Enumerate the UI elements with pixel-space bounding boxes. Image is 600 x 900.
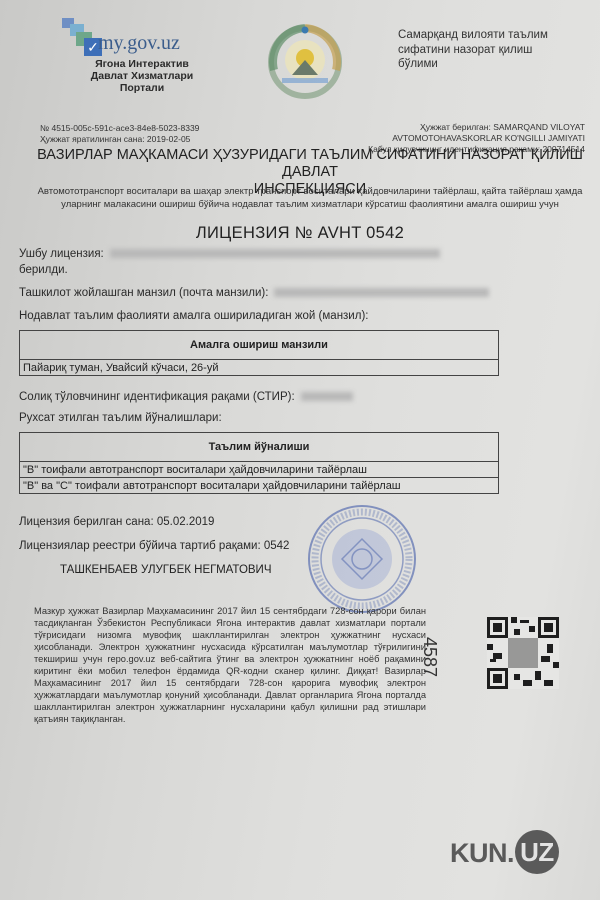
license-purpose: Автомототранспорт воситалари ва шаҳар эл… [28, 186, 592, 211]
legal-notice: Мазкур ҳужжат Вазирлар Маҳкамасининг 201… [34, 605, 426, 725]
address-table: Амалга ошириш манзили Пайариқ туман, Ува… [19, 330, 499, 376]
ministry-title-line: ВАЗИРЛАР МАҲКАМАСИ ҲУЗУРИДАГИ ТАЪЛИМ СИФ… [30, 147, 590, 181]
directions-table-row: "B" тоифали автотранспорт воситалари ҳай… [20, 462, 499, 478]
serial-number: 4587 [419, 637, 440, 677]
license-holder-field: Ушбу лицензия: [19, 248, 440, 260]
official-stamp-icon [306, 503, 418, 615]
tin-label: Солиқ тўловчининг идентификация рақами (… [19, 391, 295, 403]
portal-subtitle-line: Ягона Интерактив [82, 58, 202, 70]
document-id-block: № 4515-005c-591c-ace3-84e8-5023-8339 Ҳуж… [40, 123, 199, 145]
department-name: Самарқанд вилояти таълим сифатини назора… [398, 28, 598, 72]
directions-table-header: Таълим йўналиши [20, 433, 499, 462]
department-line: Самарқанд вилояти таълим [398, 28, 598, 43]
redacted-value [110, 249, 440, 258]
purpose-line: Автомототранспорт воситалари ва шаҳар эл… [28, 186, 592, 199]
watermark-suffix: UZ [515, 830, 559, 874]
document-number: № 4515-005c-591c-ace3-84e8-5023-8339 [40, 123, 199, 134]
department-line: сифатини назорат қилиш [398, 43, 598, 58]
address-label: Ташкилот жойлашган манзил (почта манзили… [19, 287, 268, 299]
address-field: Ташкилот жойлашган манзил (почта манзили… [19, 287, 489, 299]
portal-subtitle-line: Портали [82, 82, 202, 94]
directions-label: Рухсат этилган таълим йўналишлари: [19, 412, 222, 424]
redacted-value [301, 392, 353, 401]
issue-date: Лицензия берилган сана: 05.02.2019 [19, 516, 214, 528]
tin-field: Солиқ тўловчининг идентификация рақами (… [19, 391, 353, 403]
kun-uz-watermark: KUN.UZ [450, 833, 559, 877]
issued-to-line: AVTOMOTOHAVASKORLAR KO'NGILLI JAMIYATI [368, 133, 585, 144]
document-created-date: Ҳужжат яратилинган сана: 2019-02-05 [40, 134, 199, 145]
portal-subtitle: Ягона Интерактив Давлат Хизматлари Порта… [82, 58, 202, 94]
issued-to-line: Ҳужжат берилган: SAMARQAND VILOYAT [368, 122, 585, 133]
portal-logo-icon: ✓ [62, 18, 102, 58]
signer-name: ТАШКЕНБАЕВ УЛУГБЕК НЕГМАТОВИЧ [60, 564, 272, 576]
portal-subtitle-line: Давлат Хизматлари [82, 70, 202, 82]
activity-place-label: Нодавлат таълим фаолияти амалга оширилад… [19, 310, 368, 322]
issued-word: берилди. [19, 264, 68, 276]
purpose-line: уларнинг малакасини ошириш бўйича нодавл… [28, 199, 592, 212]
address-table-header: Амалга ошириш манзили [20, 331, 499, 360]
qr-code-icon[interactable] [487, 617, 559, 689]
directions-table-row: "B" ва "C" тоифали автотранспорт воситал… [20, 478, 499, 494]
license-title: ЛИЦЕНЗИЯ № AVHT 0542 [0, 224, 600, 243]
watermark-prefix: KUN. [450, 838, 514, 868]
directions-table: Таълим йўналиши "B" тоифали автотранспор… [19, 432, 499, 494]
address-table-row: Пайариқ туман, Увайсий кўчаси, 26-уй [20, 360, 499, 376]
registry-number: Лицензиялар реестри бўйича тартиб рақами… [19, 540, 289, 552]
department-line: бўлими [398, 57, 598, 72]
redacted-value [274, 288, 489, 297]
state-emblem-icon [262, 20, 348, 100]
license-holder-label: Ушбу лицензия: [19, 248, 104, 260]
portal-logo-text: my.gov.uz [98, 32, 180, 55]
